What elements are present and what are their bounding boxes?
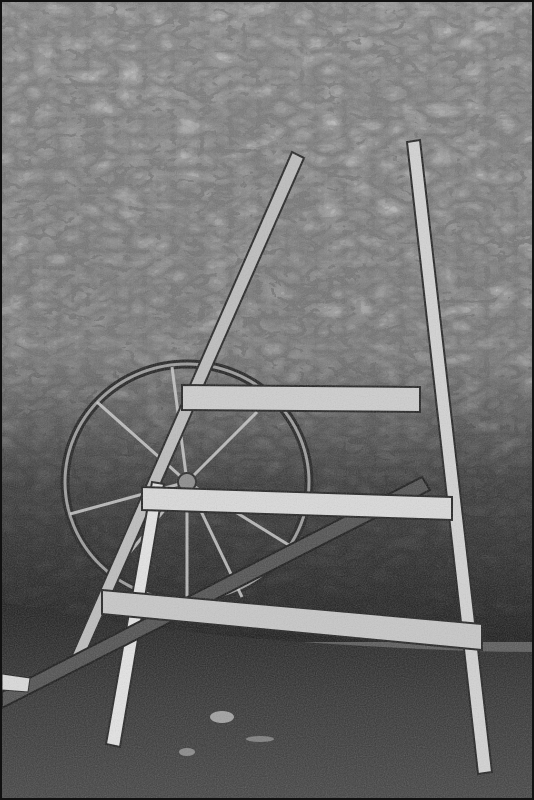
film-grain [2,2,532,798]
photo-scene [2,2,532,798]
photograph [0,0,534,800]
